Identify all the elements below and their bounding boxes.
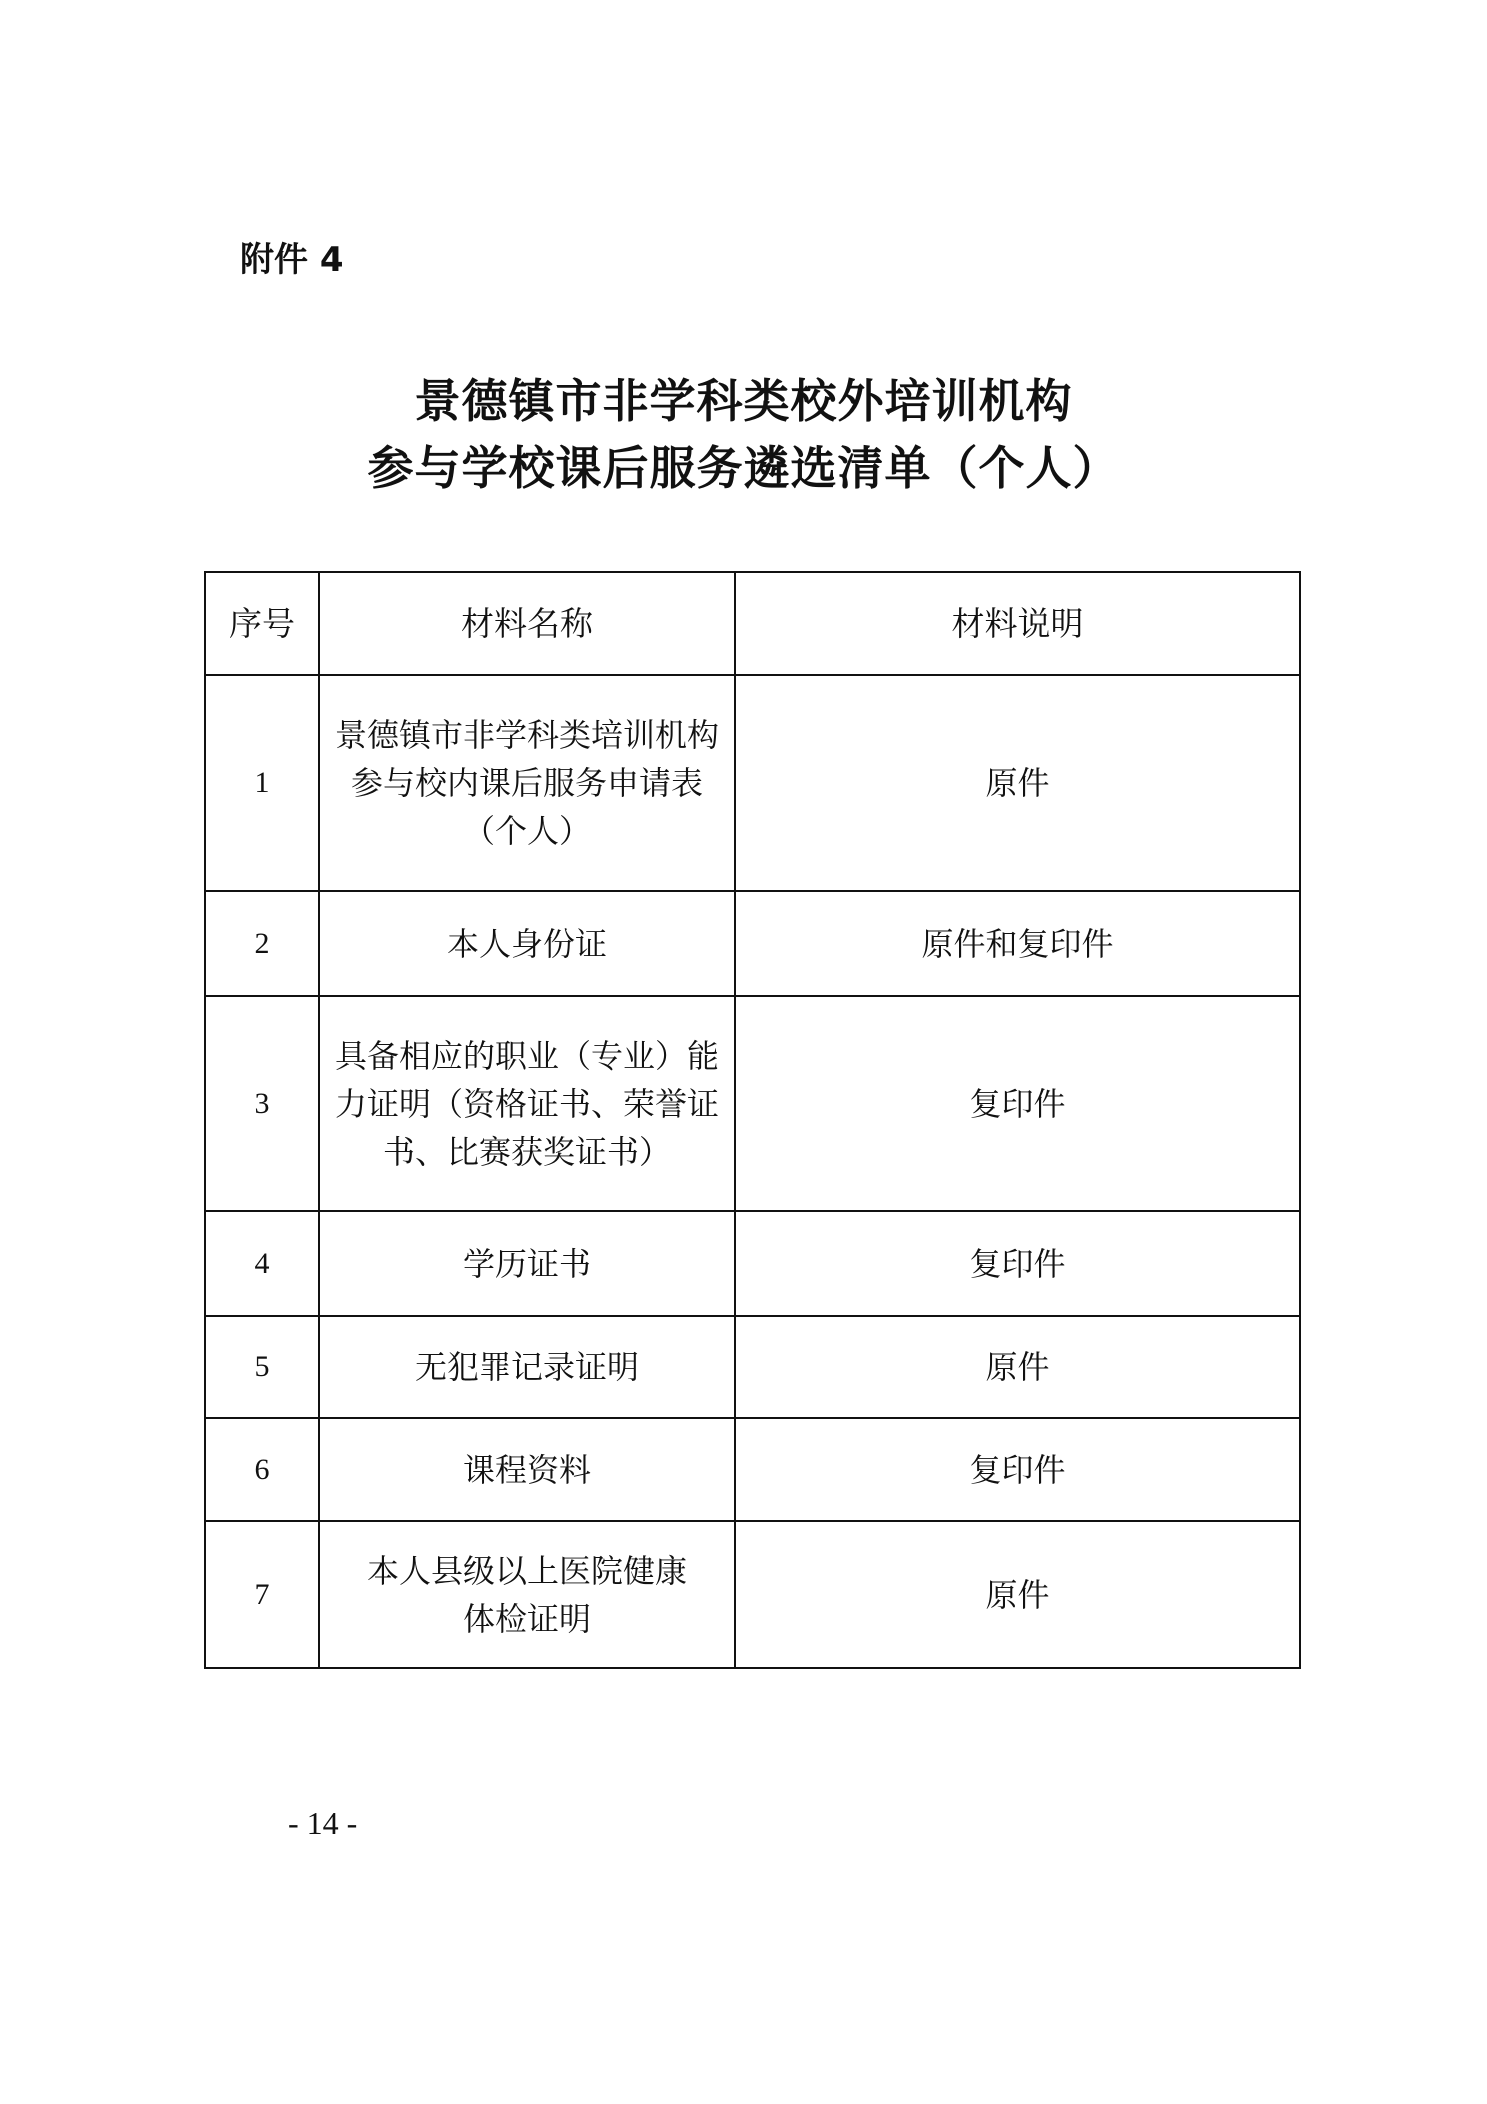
material-name: 具备相应的职业（专业）能力证明（资格证书、荣誉证书、比赛获奖证书） — [319, 996, 735, 1211]
header-index: 序号 — [205, 572, 319, 675]
header-material-name: 材料名称 — [319, 572, 735, 675]
material-name: 学历证书 — [319, 1211, 735, 1316]
material-name-line: 参与校内课后服务申请表 — [332, 759, 722, 807]
material-note: 原件 — [735, 1316, 1300, 1418]
material-name-line: 课程资料 — [332, 1446, 722, 1494]
material-name: 本人县级以上医院健康体检证明 — [319, 1521, 735, 1668]
material-note: 原件和复印件 — [735, 891, 1300, 996]
row-index: 4 — [205, 1211, 319, 1316]
title-line-1: 景德镇市非学科类校外培训机构 — [0, 368, 1487, 435]
material-name-line: 书、比赛获奖证书） — [332, 1128, 722, 1176]
material-name: 无犯罪记录证明 — [319, 1316, 735, 1418]
material-name-line: 本人身份证 — [332, 920, 722, 968]
material-name: 课程资料 — [319, 1418, 735, 1521]
material-name-line: 学历证书 — [332, 1240, 722, 1288]
row-index: 7 — [205, 1521, 319, 1668]
materials-table: 序号 材料名称 材料说明 1景德镇市非学科类培训机构参与校内课后服务申请表（个人… — [204, 571, 1301, 1669]
material-name-line: 本人县级以上医院健康 — [332, 1547, 722, 1595]
row-index: 5 — [205, 1316, 319, 1418]
material-note: 复印件 — [735, 996, 1300, 1211]
table-header-row: 序号 材料名称 材料说明 — [205, 572, 1300, 675]
row-index: 6 — [205, 1418, 319, 1521]
table-row: 7本人县级以上医院健康体检证明原件 — [205, 1521, 1300, 1668]
material-name: 景德镇市非学科类培训机构参与校内课后服务申请表（个人） — [319, 675, 735, 891]
title-line-2: 参与学校课后服务遴选清单（个人） — [0, 435, 1487, 502]
table-row: 5无犯罪记录证明原件 — [205, 1316, 1300, 1418]
material-name-line: 体检证明 — [332, 1595, 722, 1643]
row-index: 1 — [205, 675, 319, 891]
table-row: 2本人身份证原件和复印件 — [205, 891, 1300, 996]
material-note: 复印件 — [735, 1211, 1300, 1316]
material-name-line: （个人） — [332, 807, 722, 855]
material-note: 复印件 — [735, 1418, 1300, 1521]
document-title: 景德镇市非学科类校外培训机构 参与学校课后服务遴选清单（个人） — [0, 368, 1487, 502]
table-row: 1景德镇市非学科类培训机构参与校内课后服务申请表（个人）原件 — [205, 675, 1300, 891]
page-number: - 14 - — [288, 1805, 357, 1842]
table-row: 4学历证书复印件 — [205, 1211, 1300, 1316]
material-note: 原件 — [735, 1521, 1300, 1668]
attachment-label: 附件 4 — [240, 232, 344, 281]
header-material-note: 材料说明 — [735, 572, 1300, 675]
material-name-line: 无犯罪记录证明 — [332, 1343, 722, 1391]
table-row: 3具备相应的职业（专业）能力证明（资格证书、荣誉证书、比赛获奖证书）复印件 — [205, 996, 1300, 1211]
material-note: 原件 — [735, 675, 1300, 891]
table-row: 6课程资料复印件 — [205, 1418, 1300, 1521]
row-index: 2 — [205, 891, 319, 996]
material-name-line: 景德镇市非学科类培训机构 — [332, 711, 722, 759]
table-body: 1景德镇市非学科类培训机构参与校内课后服务申请表（个人）原件2本人身份证原件和复… — [205, 675, 1300, 1668]
material-name: 本人身份证 — [319, 891, 735, 996]
material-name-line: 具备相应的职业（专业）能 — [332, 1032, 722, 1080]
row-index: 3 — [205, 996, 319, 1211]
material-name-line: 力证明（资格证书、荣誉证 — [332, 1080, 722, 1128]
